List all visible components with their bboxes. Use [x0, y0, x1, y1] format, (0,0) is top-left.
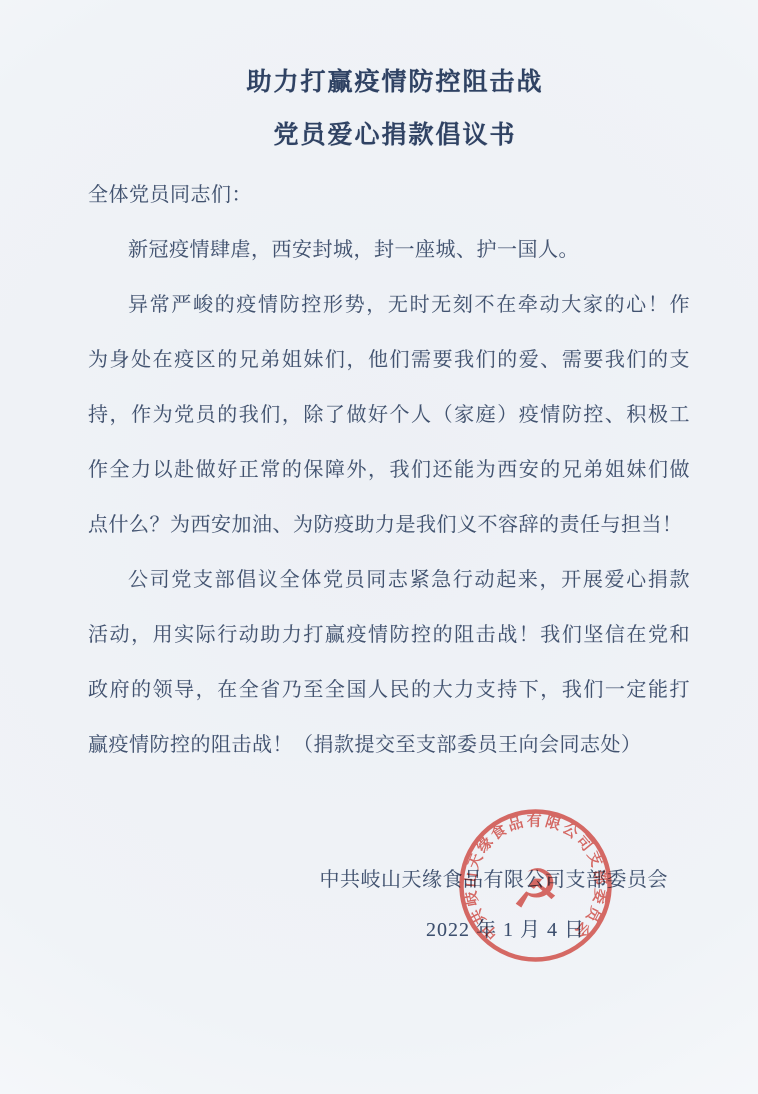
title-line-2: 党员爱心捐款倡议书 — [16, 109, 758, 162]
document-body: 全体党员同志们： 新冠疫情肆虐，西安封城，封一座城、护一国人。 异常严峻的疫情防… — [88, 168, 690, 773]
body-line: 为身处在疫区的兄弟姐妹们，他们需要我们的爱、需要我们的支 — [88, 333, 690, 388]
body-line: 异常严峻的疫情防控形势，无时无刻不在牵动大家的心！作 — [88, 278, 690, 333]
body-line: 作全力以赴做好正常的保障外，我们还能为西安的兄弟姐妹们做 — [88, 443, 690, 498]
title-line-1: 助力打赢疫情防控阻击战 — [16, 56, 758, 109]
document-title: 助力打赢疫情防控阻击战 党员爱心捐款倡议书 — [16, 56, 758, 162]
salutation-line: 全体党员同志们： — [88, 168, 690, 223]
body-line: 公司党支部倡议全体党员同志紧急行动起来，开展爱心捐款 — [88, 553, 690, 608]
date-line: 2022 年 1 月 4 日 — [0, 908, 758, 952]
body-line: 活动，用实际行动助力打赢疫情防控的阻击战！我们坚信在党和 — [88, 608, 690, 663]
body-line: 赢疫情防控的阻击战！（捐款提交至支部委员王向会同志处） — [88, 718, 690, 773]
signature-line: 中共岐山天缘食品有限公司支部委员会 — [0, 858, 758, 902]
document-page: 助力打赢疫情防控阻击战 党员爱心捐款倡议书 全体党员同志们： 新冠疫情肆虐，西安… — [0, 0, 758, 1094]
body-line: 新冠疫情肆虐，西安封城，封一座城、护一国人。 — [88, 223, 690, 278]
body-line: 持，作为党员的我们，除了做好个人（家庭）疫情防控、积极工 — [88, 388, 690, 443]
body-line: 政府的领导，在全省乃至全国人民的大力支持下，我们一定能打 — [88, 663, 690, 718]
body-line: 点什么？为西安加油、为防疫助力是我们义不容辞的责任与担当！ — [88, 498, 690, 553]
